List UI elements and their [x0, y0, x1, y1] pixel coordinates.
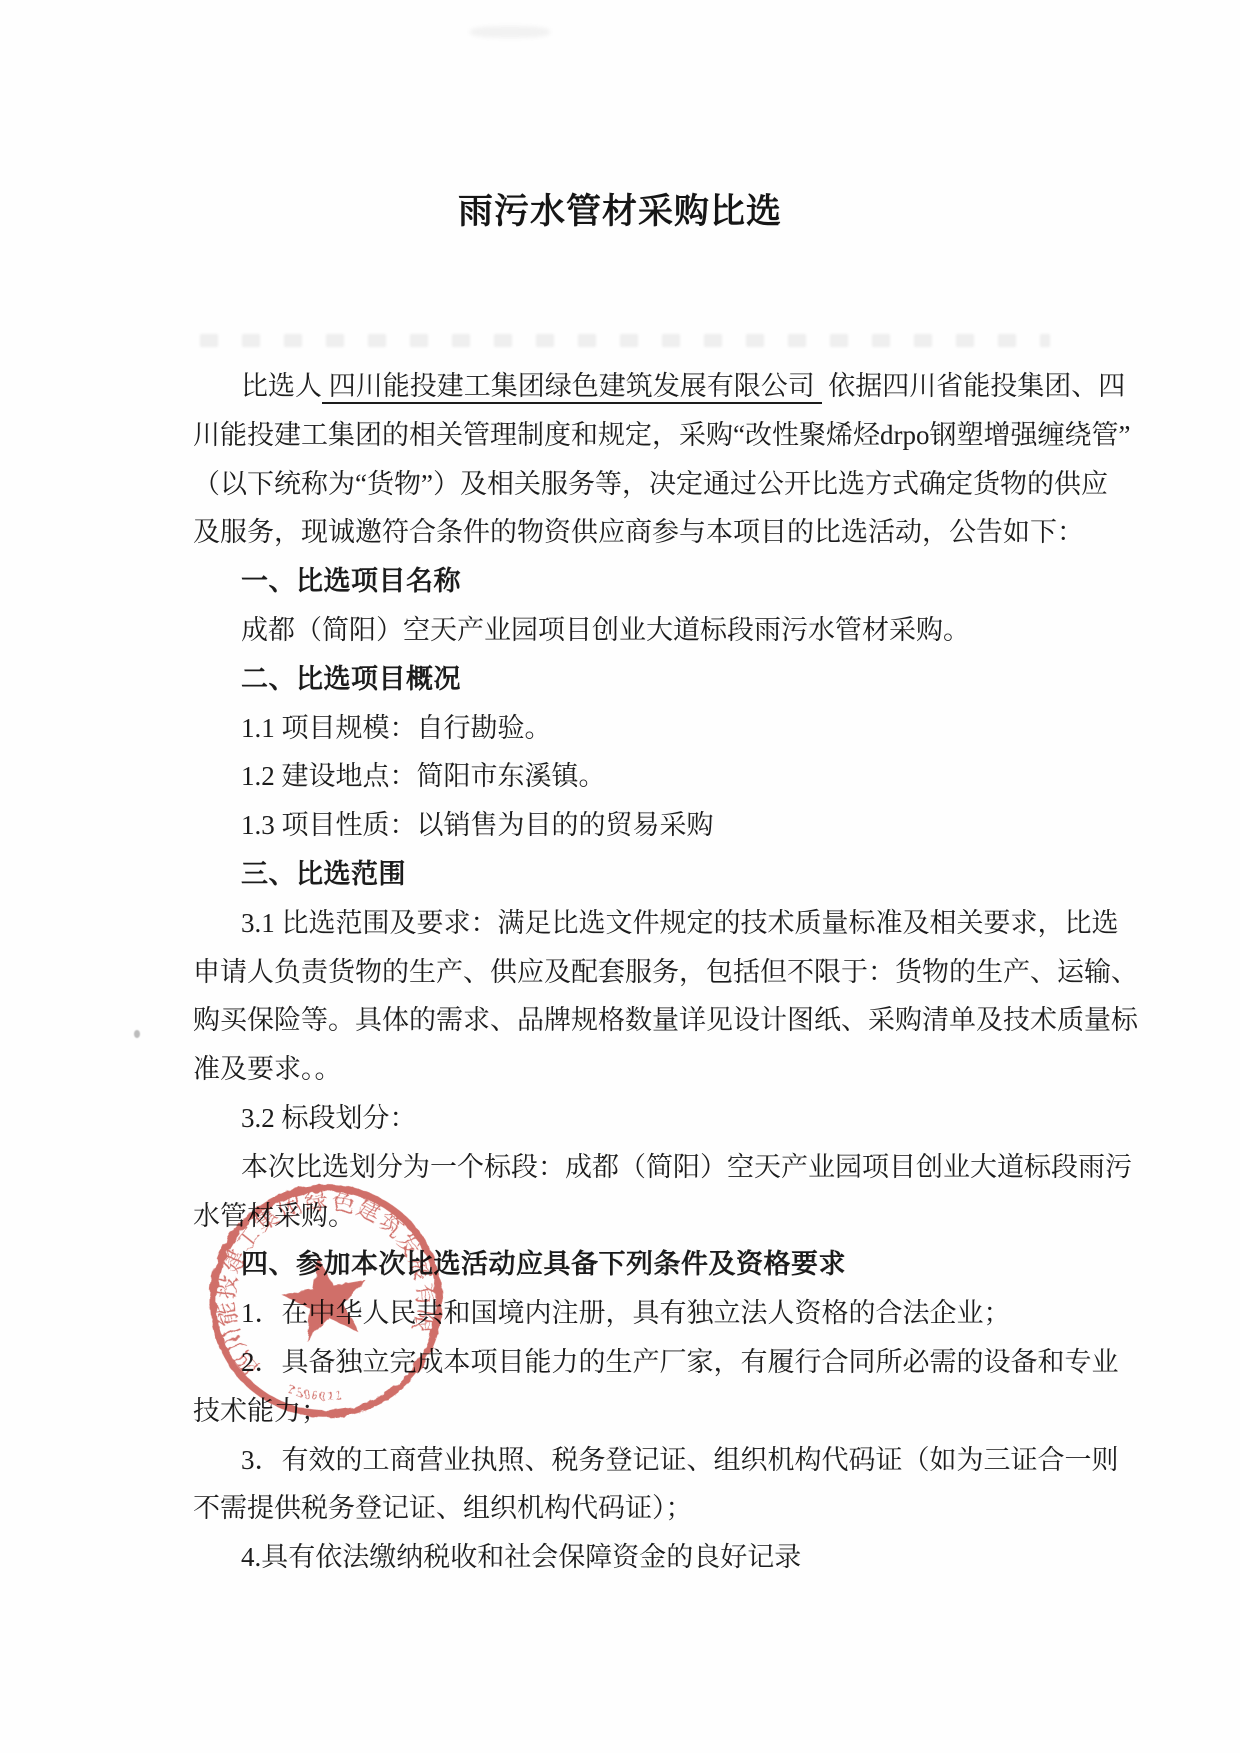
text-line: 及服务，现诚邀符合条件的物资供应商参与本项目的比选活动，公告如下： — [193, 508, 1098, 557]
text-line: 水管材采购。 — [193, 1192, 1098, 1241]
text-line: 3.1 比选范围及要求：满足比选文件规定的技术质量标准及相关要求，比选 — [193, 899, 1098, 948]
text-line: 申请人负责货物的生产、供应及配套服务，包括但不限于：货物的生产、运输、 — [193, 948, 1098, 997]
text-line: （以下统称为“货物”）及相关服务等，决定通过公开比选方式确定货物的供应 — [193, 460, 1098, 509]
text-line: 1．在中华人民共和国境内注册，具有独立法人资格的合法企业； — [193, 1289, 1098, 1338]
document-title: 雨污水管材采购比选 — [0, 184, 1240, 234]
text-line: 1.3 项目性质：以销售为目的的贸易采购 — [193, 801, 1098, 850]
section-heading: 四、参加本次比选活动应具备下列条件及资格要求 — [193, 1240, 1098, 1289]
text-line: 3．有效的工商营业执照、税务登记证、组织机构代码证（如为三证合一则 — [193, 1436, 1098, 1485]
text-line: 1.1 项目规模：自行勘验。 — [193, 704, 1098, 753]
text-line: 比选人 四川能投建工集团绿色建筑发展有限公司 依据四川省能投集团、四 — [193, 362, 1098, 411]
text-line: 技术能力； — [193, 1387, 1098, 1436]
document-body: 比选人 四川能投建工集团绿色建筑发展有限公司 依据四川省能投集团、四川能投建工集… — [193, 362, 1098, 1582]
text-line: 本次比选划分为一个标段：成都（简阳）空天产业园项目创业大道标段雨污 — [193, 1143, 1098, 1192]
text-line: 成都（简阳）空天产业园项目创业大道标段雨污水管材采购。 — [193, 606, 1098, 655]
paragraph-prefix: 比选人 — [241, 371, 322, 401]
text-line: 2．具备独立完成本项目能力的生产厂家，有履行合同所必需的设备和专业 — [193, 1338, 1098, 1387]
section-heading: 一、比选项目名称 — [193, 557, 1098, 606]
text-line: 川能投建工集团的相关管理制度和规定，采购“改性聚烯烃drpo钢塑增强缠绕管” — [193, 411, 1098, 460]
scan-artifact — [200, 334, 1050, 347]
document-page: 雨污水管材采购比选 比选人 四川能投建工集团绿色建筑发展有限公司 依据四川省能投… — [0, 0, 1240, 1753]
scan-artifact — [470, 26, 550, 38]
text-line: 准及要求。。 — [193, 1045, 1098, 1094]
text-line: 4.具有依法缴纳税收和社会保障资金的良好记录 — [193, 1533, 1098, 1582]
text-line: 1.2 建设地点：简阳市东溪镇。 — [193, 752, 1098, 801]
scan-artifact — [134, 1030, 140, 1038]
paragraph-continuation: 依据四川省能投集团、四 — [822, 371, 1126, 401]
company-name: 四川能投建工集团绿色建筑发展有限公司 — [322, 371, 822, 404]
text-line: 3.2 标段划分： — [193, 1094, 1098, 1143]
text-line: 购买保险等。具体的需求、品牌规格数量详见设计图纸、采购清单及技术质量标 — [193, 996, 1098, 1045]
text-line: 不需提供税务登记证、组织机构代码证）； — [193, 1484, 1098, 1533]
section-heading: 三、比选范围 — [193, 850, 1098, 899]
section-heading: 二、比选项目概况 — [193, 655, 1098, 704]
